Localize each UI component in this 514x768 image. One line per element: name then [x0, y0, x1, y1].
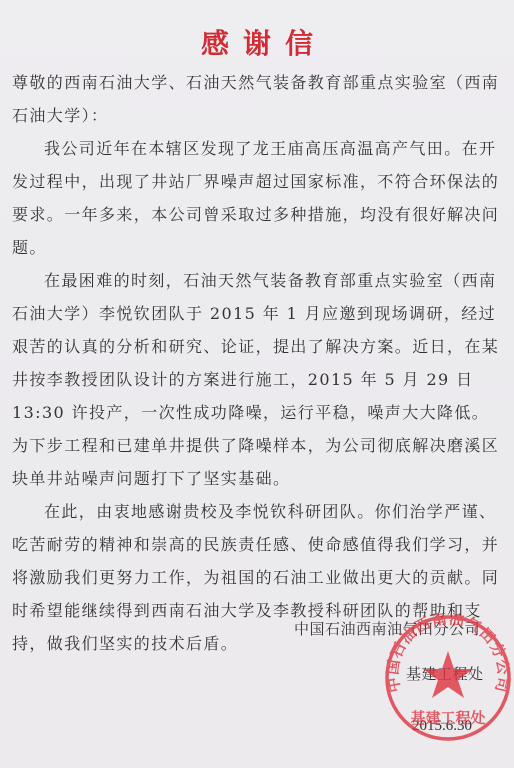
paragraph-solution: 在最困难的时刻，石油天然气装备教育部重点实验室（西南石油大学）李悦钦团队于 20…	[12, 264, 502, 495]
letter-title: 感谢信	[0, 22, 514, 62]
letter-page: 感谢信 尊敬的西南石油大学、石油天然气装备教育部重点实验室（西南石油大学）： 我…	[0, 0, 514, 768]
signature-department: 基建工程处	[406, 663, 484, 684]
signature-date: 2015.6.30	[412, 718, 472, 735]
paragraph-discovery: 我公司近年在本辖区发现了龙王庙高压高温高产气田。在开发过程中，出现了井站厂界噪声…	[12, 132, 502, 264]
salutation: 尊敬的西南石油大学、石油天然气装备教育部重点实验室（西南石油大学）：	[12, 66, 502, 132]
letter-body: 尊敬的西南石油大学、石油天然气装备教育部重点实验室（西南石油大学）： 我公司近年…	[12, 66, 502, 660]
signature-company: 中国石油西南油气田分公司	[294, 618, 480, 639]
